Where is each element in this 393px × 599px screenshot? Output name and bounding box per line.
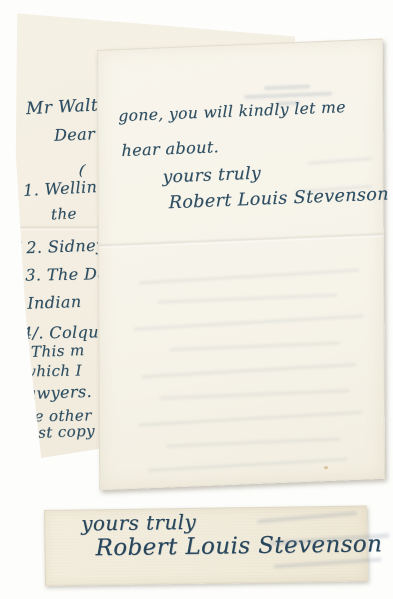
handwriting-line: gone, you will kindly let me xyxy=(118,99,345,125)
handwriting-line: / 3. The De xyxy=(14,265,107,284)
right-page: gone, you will kindly let me hear about.… xyxy=(97,39,385,491)
closing-line: yours truly xyxy=(163,165,261,188)
foxing-spot xyxy=(63,217,65,219)
closing-line: yours truly xyxy=(81,511,196,535)
handwriting-line: / 2. Sidney xyxy=(15,236,106,257)
handwriting-line: hear about. xyxy=(121,138,219,160)
handwriting-line: / Indian xyxy=(16,293,82,313)
handwriting-line: 4/. Colqu xyxy=(22,323,99,342)
letter-photo: La Solitude Mr Walte Dear ( 1. Wellin th… xyxy=(0,0,393,599)
handwriting-line: the xyxy=(51,206,77,223)
handwriting-line: 1. Wellin xyxy=(23,178,98,199)
foxing-spot xyxy=(324,466,328,469)
handwriting-line: This m xyxy=(31,342,85,360)
fold-crease xyxy=(99,232,383,249)
signature-strip: yours truly Robert Louis Stevenson xyxy=(44,505,368,586)
signature: Robert Louis Stevenson xyxy=(169,185,389,213)
handwriting-line: Dear xyxy=(54,125,96,144)
handwriting-line: lawyers. xyxy=(21,383,93,403)
handwriting-fragment: ( xyxy=(78,162,87,179)
handwriting-line: which I xyxy=(23,362,82,380)
handwriting-line: just copy xyxy=(23,423,95,442)
